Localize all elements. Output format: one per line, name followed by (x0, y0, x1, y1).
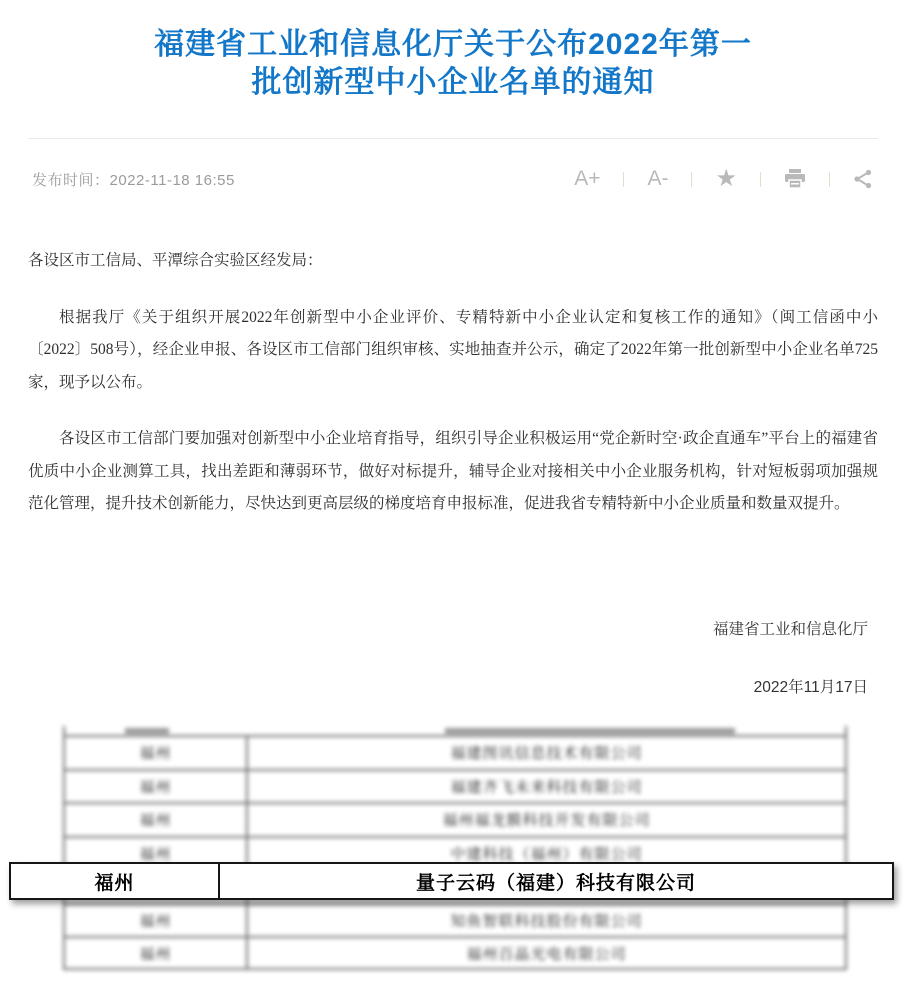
table-row: 福州 知鱼智联科技股份有限公司 (65, 905, 845, 939)
highlighted-company-cell: 量子云码（福建）科技有限公司 (220, 864, 892, 898)
publish-time: 发布时间：2022-11-18 16:55 (32, 169, 235, 190)
company-cell: 福州百晶光电有限公司 (248, 938, 845, 970)
highlighted-region-cell: 福州 (11, 864, 220, 898)
toolbar-divider (760, 172, 761, 187)
company-cell: 知鱼智联科技股份有限公司 (248, 905, 845, 937)
signature-issuer: 福建省工业和信息化厅 (0, 617, 868, 639)
favorite-star-icon[interactable]: ★ (714, 169, 738, 189)
table-row: 福州 福建图讯信息技术有限公司 (65, 737, 845, 771)
publish-time-value: 2022-11-18 16:55 (110, 172, 235, 189)
font-increase-button[interactable]: A+ (573, 167, 601, 191)
share-icon[interactable] (852, 169, 874, 189)
region-cell: 福州 (65, 771, 248, 803)
font-decrease-button[interactable]: A- (646, 167, 669, 191)
region-cell: 福州 (65, 905, 248, 937)
table-row: 福州 福州福龙膜科技开发有限公司 (65, 804, 845, 838)
page-title-line-2: 批创新型中小企业名单的通知 (0, 64, 906, 102)
blurred-text-fragment (125, 728, 169, 734)
table-row: 福州 福建齐飞未来科技有限公司 (65, 771, 845, 805)
paragraph-1: 根据我厅《关于组织开展2022年创新型中小企业评价、专精特新中小企业认定和复核工… (28, 302, 878, 400)
article-toolbar: A+ A- ★ (573, 167, 874, 191)
publish-time-label: 发布时间： (32, 172, 110, 189)
company-cell: 福建图讯信息技术有限公司 (248, 737, 845, 769)
signature-date: 2022年11月17日 (0, 675, 868, 697)
salutation: 各设区市工信局、平潭综合实验区经发局： (28, 245, 878, 278)
toolbar-divider (623, 172, 624, 187)
page-title-line-1: 福建省工业和信息化厅关于公布2022年第一 (0, 26, 906, 64)
print-icon[interactable] (783, 169, 807, 189)
article-body: 各设区市工信局、平潭综合实验区经发局： 根据我厅《关于组织开展2022年创新型中… (28, 245, 878, 521)
table-row: 福州 福州百晶光电有限公司 (65, 938, 845, 970)
toolbar-divider (691, 172, 692, 187)
company-table-section: 福州 福建图讯信息技术有限公司 福州 福建齐飞未来科技有限公司 福州 福州福龙膜… (0, 722, 906, 977)
region-cell: 福州 (65, 737, 248, 769)
table-row-cutoff (65, 726, 845, 737)
signature-block: 福建省工业和信息化厅 2022年11月17日 (0, 617, 868, 697)
company-table-blurred: 福州 福建图讯信息技术有限公司 福州 福建齐飞未来科技有限公司 福州 福州福龙膜… (63, 726, 847, 970)
notice-page: 福建省工业和信息化厅关于公布2022年第一 批创新型中小企业名单的通知 发布时间… (0, 0, 906, 999)
highlighted-table-row: 福州 量子云码（福建）科技有限公司 (9, 862, 894, 900)
region-cell: 福州 (65, 804, 248, 836)
company-cell: 福建齐飞未来科技有限公司 (248, 771, 845, 803)
blurred-text-fragment (445, 728, 735, 734)
meta-bar: 发布时间：2022-11-18 16:55 A+ A- ★ (28, 138, 878, 199)
page-title: 福建省工业和信息化厅关于公布2022年第一 批创新型中小企业名单的通知 (0, 0, 906, 102)
toolbar-divider (829, 172, 830, 187)
region-cell: 福州 (65, 938, 248, 970)
company-cell: 福州福龙膜科技开发有限公司 (248, 804, 845, 836)
paragraph-2: 各设区市工信部门要加强对创新型中小企业培育指导，组织引导企业积极运用“党企新时空… (28, 423, 878, 521)
